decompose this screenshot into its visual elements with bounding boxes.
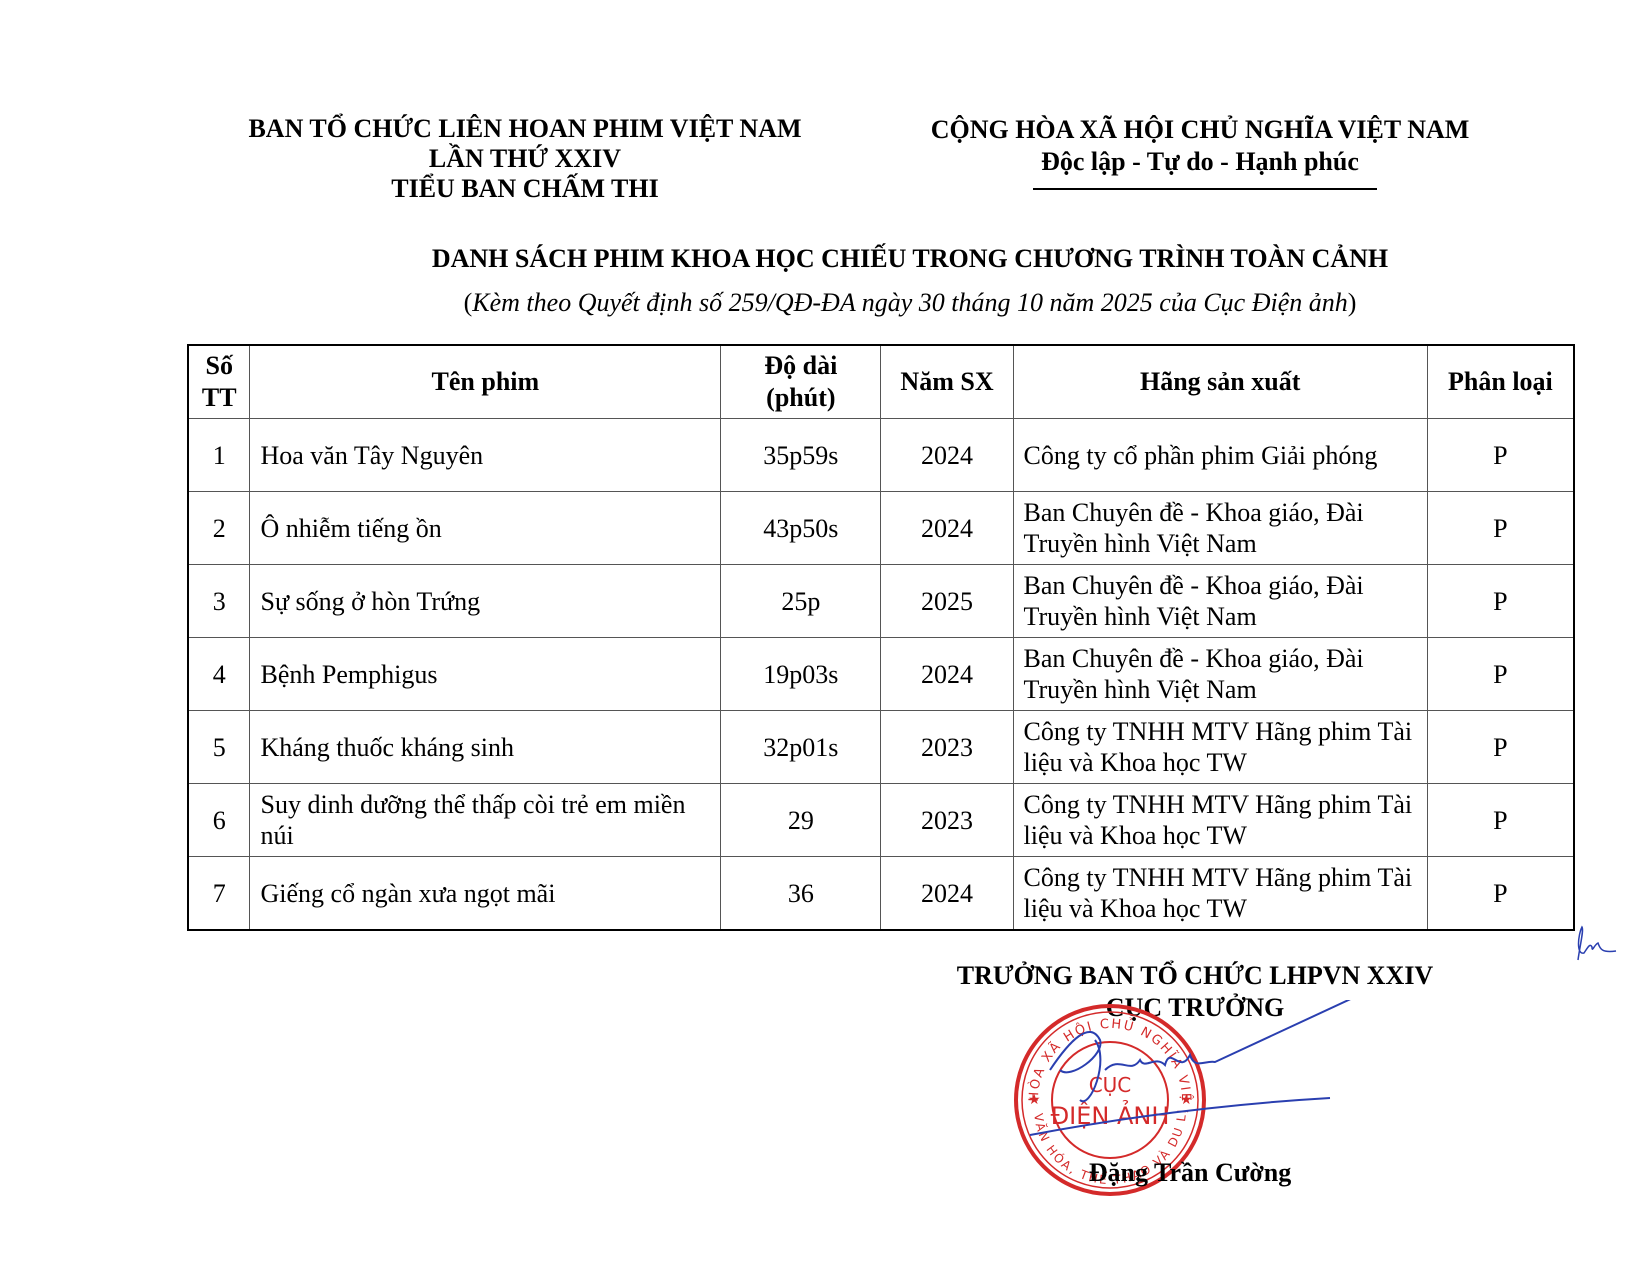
film-duration: 36 (721, 857, 881, 931)
classification: P (1427, 419, 1574, 492)
film-duration: 32p01s (721, 711, 881, 784)
film-name: Ô nhiễm tiếng ồn (250, 492, 721, 565)
row-number: 2 (188, 492, 250, 565)
producer-name: Ban Chuyên đề - Khoa giáo, Đài Truyền hì… (1013, 492, 1427, 565)
film-name: Kháng thuốc kháng sinh (250, 711, 721, 784)
production-year: 2025 (881, 565, 1013, 638)
motto-underline (1033, 188, 1377, 190)
table-row: 7Giếng cổ ngàn xưa ngọt mãi362024Công ty… (188, 857, 1574, 931)
producer-name: Ban Chuyên đề - Khoa giáo, Đài Truyền hì… (1013, 565, 1427, 638)
film-name: Sự sống ở hòn Trứng (250, 565, 721, 638)
national-header: CỘNG HÒA XÃ HỘI CHỦ NGHĨA VIỆT NAM Độc l… (880, 114, 1520, 182)
issuing-body-line3: TIỂU BAN CHẤM THI (200, 174, 850, 204)
national-title: CỘNG HÒA XÃ HỘI CHỦ NGHĨA VIỆT NAM (880, 114, 1520, 146)
row-number: 4 (188, 638, 250, 711)
production-year: 2024 (881, 419, 1013, 492)
table-header-row: SốTT Tên phim Độ dài(phút) Năm SX Hãng s… (188, 345, 1574, 419)
document-subtitle: (Kèm theo Quyết định số 259/QĐ-ĐA ngày 3… (240, 288, 1580, 318)
table-row: 2Ô nhiễm tiếng ồn43p50s2024Ban Chuyên đề… (188, 492, 1574, 565)
film-duration: 25p (721, 565, 881, 638)
document-title: DANH SÁCH PHIM KHOA HỌC CHIẾU TRONG CHƯƠ… (240, 244, 1580, 274)
row-number: 7 (188, 857, 250, 931)
classification: P (1427, 857, 1574, 931)
film-duration: 35p59s (721, 419, 881, 492)
film-list-table: SốTT Tên phim Độ dài(phút) Năm SX Hãng s… (187, 344, 1575, 931)
film-duration: 29 (721, 784, 881, 857)
signer-title-1: TRƯỞNG BAN TỔ CHỨC LHPVN XXIV (920, 960, 1470, 992)
subtitle-text: Kèm theo Quyết định số 259/QĐ-ĐA ngày 30… (472, 288, 1347, 317)
header-duration: Độ dài(phút) (721, 345, 881, 419)
header-classification: Phân loại (1427, 345, 1574, 419)
header-stt: SốTT (188, 345, 250, 419)
classification: P (1427, 784, 1574, 857)
film-duration: 19p03s (721, 638, 881, 711)
header-year: Năm SX (881, 345, 1013, 419)
film-name: Suy dinh dưỡng thể thấp còi trẻ em miền … (250, 784, 721, 857)
row-number: 6 (188, 784, 250, 857)
production-year: 2023 (881, 711, 1013, 784)
table-row: 5Kháng thuốc kháng sinh32p01s2023Công ty… (188, 711, 1574, 784)
subtitle-close-paren: ) (1348, 288, 1357, 317)
producer-name: Ban Chuyên đề - Khoa giáo, Đài Truyền hì… (1013, 638, 1427, 711)
subtitle-open-paren: ( (464, 288, 473, 317)
film-name: Giếng cổ ngàn xưa ngọt mãi (250, 857, 721, 931)
producer-name: Công ty TNHH MTV Hãng phim Tài liệu và K… (1013, 711, 1427, 784)
producer-name: Công ty TNHH MTV Hãng phim Tài liệu và K… (1013, 857, 1427, 931)
film-name: Bệnh Pemphigus (250, 638, 721, 711)
film-name: Hoa văn Tây Nguyên (250, 419, 721, 492)
classification: P (1427, 638, 1574, 711)
table-row: 4Bệnh Pemphigus19p03s2024Ban Chuyên đề -… (188, 638, 1574, 711)
table-row: 6Suy dinh dưỡng thể thấp còi trẻ em miền… (188, 784, 1574, 857)
table-row: 3Sự sống ở hòn Trứng25p2025Ban Chuyên đề… (188, 565, 1574, 638)
classification: P (1427, 711, 1574, 784)
header-film-name: Tên phim (250, 345, 721, 419)
initial-mark-icon (1570, 925, 1620, 965)
production-year: 2023 (881, 784, 1013, 857)
row-number: 1 (188, 419, 250, 492)
issuing-body-line1: BAN TỔ CHỨC LIÊN HOAN PHIM VIỆT NAM (200, 114, 850, 144)
issuing-body-header: BAN TỔ CHỨC LIÊN HOAN PHIM VIỆT NAM LẦN … (200, 114, 850, 204)
national-motto: Độc lập - Tự do - Hạnh phúc (1041, 146, 1359, 182)
classification: P (1427, 565, 1574, 638)
producer-name: Công ty cổ phần phim Giải phóng (1013, 419, 1427, 492)
producer-name: Công ty TNHH MTV Hãng phim Tài liệu và K… (1013, 784, 1427, 857)
production-year: 2024 (881, 492, 1013, 565)
row-number: 5 (188, 711, 250, 784)
issuing-body-line2: LẦN THỨ XXIV (200, 144, 850, 174)
production-year: 2024 (881, 638, 1013, 711)
signer-name: Đặng Trần Cường (1020, 1158, 1360, 1188)
classification: P (1427, 492, 1574, 565)
handwritten-signature-icon (1030, 1000, 1390, 1150)
table-row: 1Hoa văn Tây Nguyên35p59s2024Công ty cổ … (188, 419, 1574, 492)
row-number: 3 (188, 565, 250, 638)
production-year: 2024 (881, 857, 1013, 931)
header-producer: Hãng sản xuất (1013, 345, 1427, 419)
film-duration: 43p50s (721, 492, 881, 565)
